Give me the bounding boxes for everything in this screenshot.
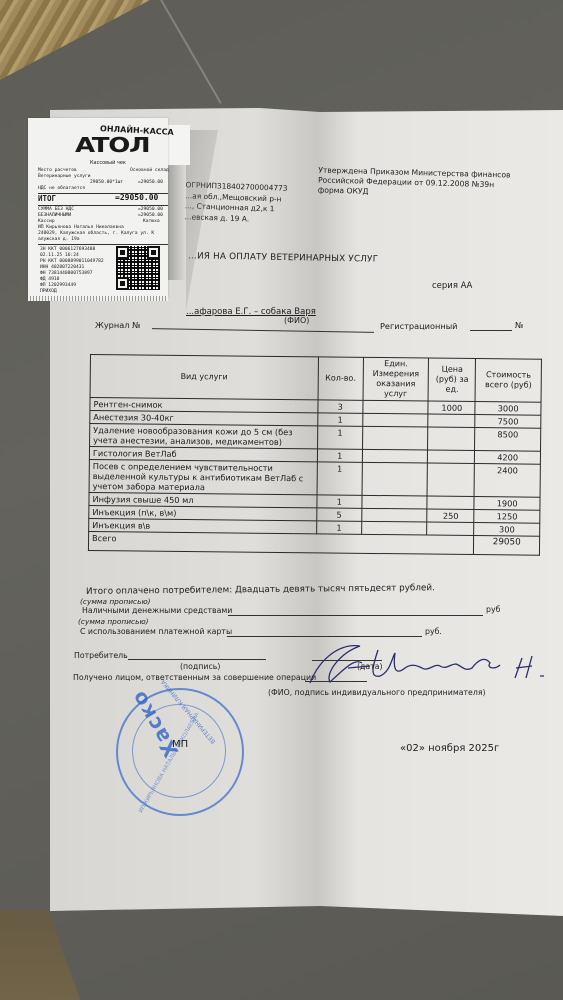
service-qty: 1 <box>317 449 362 462</box>
consumer-signature-line <box>128 659 266 660</box>
cash-label: Наличными денежными средствами <box>82 606 232 615</box>
service-price <box>428 450 475 463</box>
registration-label: Регистрационный <box>380 321 457 331</box>
vat-note: НДС не облагается <box>38 186 85 191</box>
fio-caption: (ФИО) <box>284 316 309 325</box>
cashless-value: =29050.00 <box>138 213 163 218</box>
service-price <box>428 414 475 427</box>
fio-signature-caption: (ФИО, подпись индивидуального предприним… <box>268 688 486 697</box>
cash-unit: руб <box>486 605 500 614</box>
no-vat-value: =29050.00 <box>138 207 163 212</box>
place-value: Основной склад <box>130 168 169 173</box>
total-label: Всего <box>88 531 474 554</box>
atol-logo: ATOЛ <box>75 143 149 148</box>
receipt-tear-edge <box>28 296 168 301</box>
received-label: Получено лицом, ответственным за соверше… <box>73 673 316 682</box>
fabric-seam <box>160 0 222 104</box>
sum-in-words-caption: (сумма прописью) <box>80 597 151 606</box>
service-unit <box>361 521 427 535</box>
seller-address: 248029, Калужская область, г. Калуга ул.… <box>38 231 154 236</box>
zn-kkt: ЗН ККТ 0006127693488 <box>40 247 95 252</box>
table-header-row: Вид услуги Кол-во. Един. Измерения оказа… <box>90 355 541 403</box>
services-table: Вид услуги Кол-во. Един. Измерения оказа… <box>88 354 542 556</box>
fn: ФН 7381440800753897 <box>40 271 93 276</box>
seller-name: ИП Кирьянова Наталья Николаевна <box>38 225 124 230</box>
service-total: 1900 <box>474 497 540 511</box>
service-total: 2400 <box>474 464 540 498</box>
header-unit: Един. Измерения оказания услуг <box>363 357 429 401</box>
service-price: 250 <box>427 509 474 522</box>
service-unit <box>361 508 427 522</box>
table-row: Посев с определением чувствительности вы… <box>89 459 540 497</box>
service-unit <box>362 413 428 427</box>
seller-address: алужская д. 19а <box>38 237 80 242</box>
receipt-type: Кассовый чек <box>90 161 126 166</box>
qr-code-icon <box>116 246 160 290</box>
rn-kkt: РН ККТ 0008899011049782 <box>40 259 104 264</box>
service-total: 3000 <box>475 402 541 416</box>
qr-finder-icon <box>116 246 129 259</box>
cash-field-line <box>228 615 483 616</box>
header-total: Стоимость всего (руб) <box>475 359 541 403</box>
no-vat-label: СУММА БЕЗ НДС <box>38 207 74 212</box>
card-unit: руб. <box>425 627 442 636</box>
item-sum: =29050.00 <box>138 180 163 185</box>
service-qty: 3 <box>318 400 363 413</box>
registration-field-line <box>470 330 512 331</box>
total-value: =29050.00 <box>115 195 158 200</box>
fp: ФП 1202993449 <box>40 283 76 288</box>
service-unit <box>362 495 428 509</box>
handwritten-signature-icon <box>300 638 563 688</box>
receipt-divider <box>38 244 168 245</box>
service-unit <box>363 400 429 414</box>
receipt-divider <box>38 205 168 206</box>
approval-note: Утверждена Приказом Министерства финансо… <box>318 165 511 200</box>
seal-place-label: МП <box>172 739 188 750</box>
service-total: 7500 <box>475 415 541 429</box>
header-price: Цена (руб) за ед. <box>428 358 475 401</box>
wooden-floor-background <box>0 0 150 80</box>
service-name: Удаление новообразования кожи до 5 см (б… <box>90 424 318 449</box>
journal-label: Журнал № <box>95 320 141 330</box>
service-total: 8500 <box>475 428 541 452</box>
service-qty: 1 <box>318 413 363 426</box>
service-name: Посев с определением чувствительности вы… <box>89 459 317 494</box>
card-label: С использованием платежной карты <box>80 627 232 636</box>
series-label: серия АА <box>432 281 472 291</box>
sum-in-words-caption: (сумма прописью) <box>78 617 149 626</box>
service-price: 1000 <box>428 401 475 414</box>
service-total: 300 <box>474 523 540 537</box>
document-date: «02» ноября 2025г <box>400 743 499 754</box>
number-label: № <box>515 320 524 330</box>
service-qty: 1 <box>316 521 361 534</box>
total-value: 29050 <box>474 536 540 556</box>
cashless-label: БЕЗНАЛИЧНЫМИ <box>38 213 71 218</box>
place-label: Место расчетов <box>38 168 77 173</box>
consumer-label: Потребитель <box>74 651 128 660</box>
fd: ФД 4910 <box>40 277 59 282</box>
operation-type: ПРИХОД <box>40 289 57 294</box>
total-label: ИТОГ <box>38 196 56 201</box>
qr-finder-icon <box>116 277 129 290</box>
service-qty: 5 <box>317 508 362 521</box>
wooden-floor-background <box>0 910 80 1000</box>
header-service: Вид услуги <box>90 355 318 400</box>
card-field-line <box>227 636 422 637</box>
service-qty: 1 <box>317 462 362 495</box>
service-qty: 1 <box>317 426 362 449</box>
service-price <box>427 522 474 535</box>
cashier-value: Катюха <box>143 219 160 224</box>
item-qty-price: 29050.00*1шт <box>90 180 123 185</box>
service-price <box>427 496 474 509</box>
service-unit <box>362 449 428 463</box>
item-name: Ветеринарные услуги <box>38 174 91 179</box>
qr-finder-icon <box>147 246 160 259</box>
service-total: 1250 <box>474 510 540 524</box>
service-qty: 1 <box>317 495 362 508</box>
signature-caption: (подпись) <box>180 662 220 671</box>
receipt-datetime: 02.11.25 16:24 <box>40 253 79 258</box>
service-unit <box>362 462 428 496</box>
service-price <box>428 427 475 450</box>
table-total-row: Всего 29050 <box>88 531 539 555</box>
service-price <box>427 463 474 496</box>
header-qty: Кол-во. <box>318 357 363 400</box>
inn: ИНН 402807220431 <box>40 265 84 270</box>
service-total: 4200 <box>475 451 541 465</box>
cashier-label: Кассир <box>38 219 55 224</box>
service-unit <box>362 426 428 450</box>
